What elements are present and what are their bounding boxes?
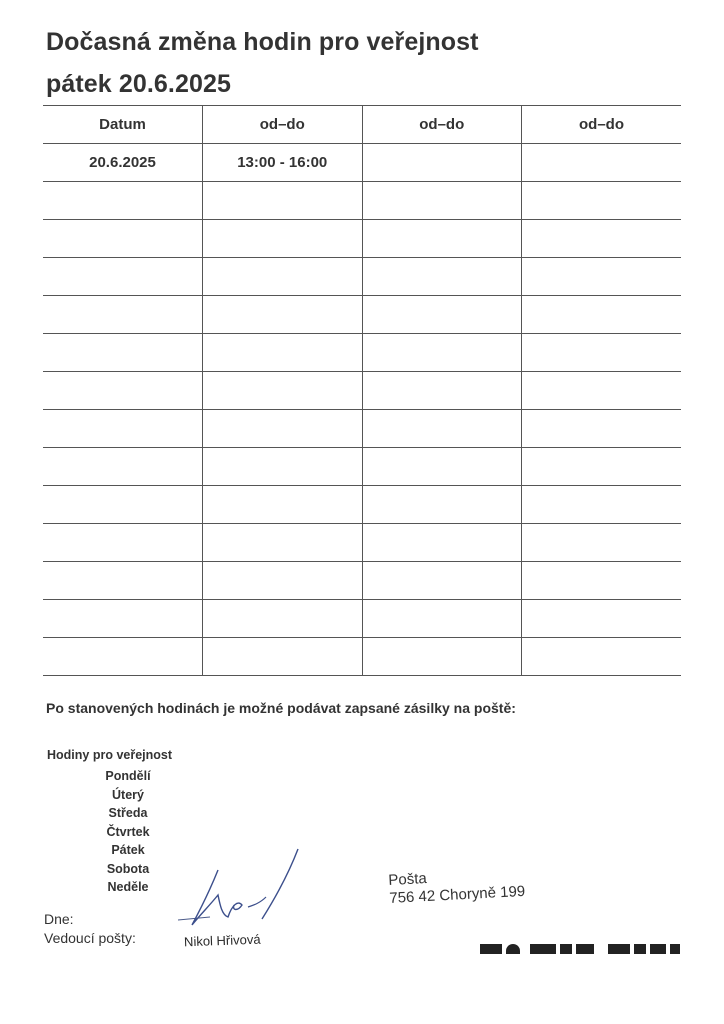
cell-time-range: 13:00 - 16:00 [203,144,363,182]
hours-table: Datum od–do od–do od–do 20.6.202513:00 -… [43,105,681,676]
cell-date [43,296,203,334]
page-title: Dočasná změna hodin pro veřejnost [46,28,479,57]
weekday-saturday: Sobota [98,860,158,879]
cell-time-range [522,524,682,562]
cell-date [43,334,203,372]
cell-time-range [362,524,522,562]
weekday-tuesday: Úterý [98,786,158,805]
weekday-wednesday: Středa [98,804,158,823]
cell-time-range [522,258,682,296]
cell-time-range [522,448,682,486]
cell-time-range [362,258,522,296]
cell-time-range [362,600,522,638]
table-row [43,486,681,524]
cell-time-range [522,562,682,600]
cell-time-range [203,524,363,562]
cell-time-range [362,296,522,334]
cell-time-range [203,410,363,448]
cell-time-range [203,600,363,638]
cell-time-range [362,220,522,258]
table-row [43,220,681,258]
post-office-stamp: Pošta 756 42 Choryně 199 [388,865,526,908]
cell-time-range [362,410,522,448]
signature-icon [170,845,310,935]
cell-time-range [362,638,522,676]
cell-time-range [203,182,363,220]
cell-time-range [362,448,522,486]
table-row: 20.6.202513:00 - 16:00 [43,144,681,182]
cell-time-range [362,562,522,600]
table-row [43,182,681,220]
cell-date [43,182,203,220]
table-row [43,410,681,448]
weekday-list: Pondělí Úterý Středa Čtvrtek Pátek Sobot… [98,767,158,897]
table-row [43,258,681,296]
manager-label: Vedoucí pošty: [44,930,136,946]
table-row [43,296,681,334]
table-row [43,372,681,410]
page-subtitle-date: pátek 20.6.2025 [46,70,231,99]
ceska-posta-logo-icon [480,944,680,954]
weekday-sunday: Neděle [98,878,158,897]
cell-time-range [362,334,522,372]
cell-time-range [522,410,682,448]
cell-time-range [203,220,363,258]
column-header-from-to-3: od–do [522,106,682,144]
cell-time-range [522,638,682,676]
table-row [43,600,681,638]
cell-time-range [522,182,682,220]
cell-time-range [203,258,363,296]
cell-time-range [522,144,682,182]
cell-time-range [203,448,363,486]
cell-time-range [362,372,522,410]
cell-date [43,448,203,486]
signer-name: Nikol Hřivová [184,932,261,950]
cell-time-range [522,486,682,524]
cell-time-range [362,144,522,182]
cell-time-range [522,296,682,334]
table-header-row: Datum od–do od–do od–do [43,106,681,144]
weekday-thursday: Čtvrtek [98,823,158,842]
weekday-monday: Pondělí [98,767,158,786]
cell-time-range [522,372,682,410]
cell-date [43,220,203,258]
cell-time-range [522,334,682,372]
weekday-friday: Pátek [98,841,158,860]
cell-date [43,638,203,676]
cell-time-range [203,296,363,334]
table-row [43,562,681,600]
cell-time-range [522,220,682,258]
cell-date [43,410,203,448]
cell-date: 20.6.2025 [43,144,203,182]
cell-date [43,562,203,600]
table-row [43,448,681,486]
post-hours-note: Po stanovených hodinách je možné podávat… [46,700,516,716]
date-label: Dne: [44,911,74,927]
public-hours-title: Hodiny pro veřejnost [47,748,172,762]
cell-date [43,524,203,562]
column-header-from-to-1: od–do [203,106,363,144]
cell-time-range [362,182,522,220]
cell-time-range [203,562,363,600]
cell-time-range [203,486,363,524]
cell-date [43,486,203,524]
cell-date [43,372,203,410]
table-row [43,638,681,676]
cell-time-range [522,600,682,638]
table-row [43,334,681,372]
cell-date [43,600,203,638]
cell-time-range [203,334,363,372]
cell-time-range [203,638,363,676]
cell-time-range [203,372,363,410]
cell-time-range [362,486,522,524]
cell-date [43,258,203,296]
column-header-date: Datum [43,106,203,144]
column-header-from-to-2: od–do [362,106,522,144]
table-row [43,524,681,562]
